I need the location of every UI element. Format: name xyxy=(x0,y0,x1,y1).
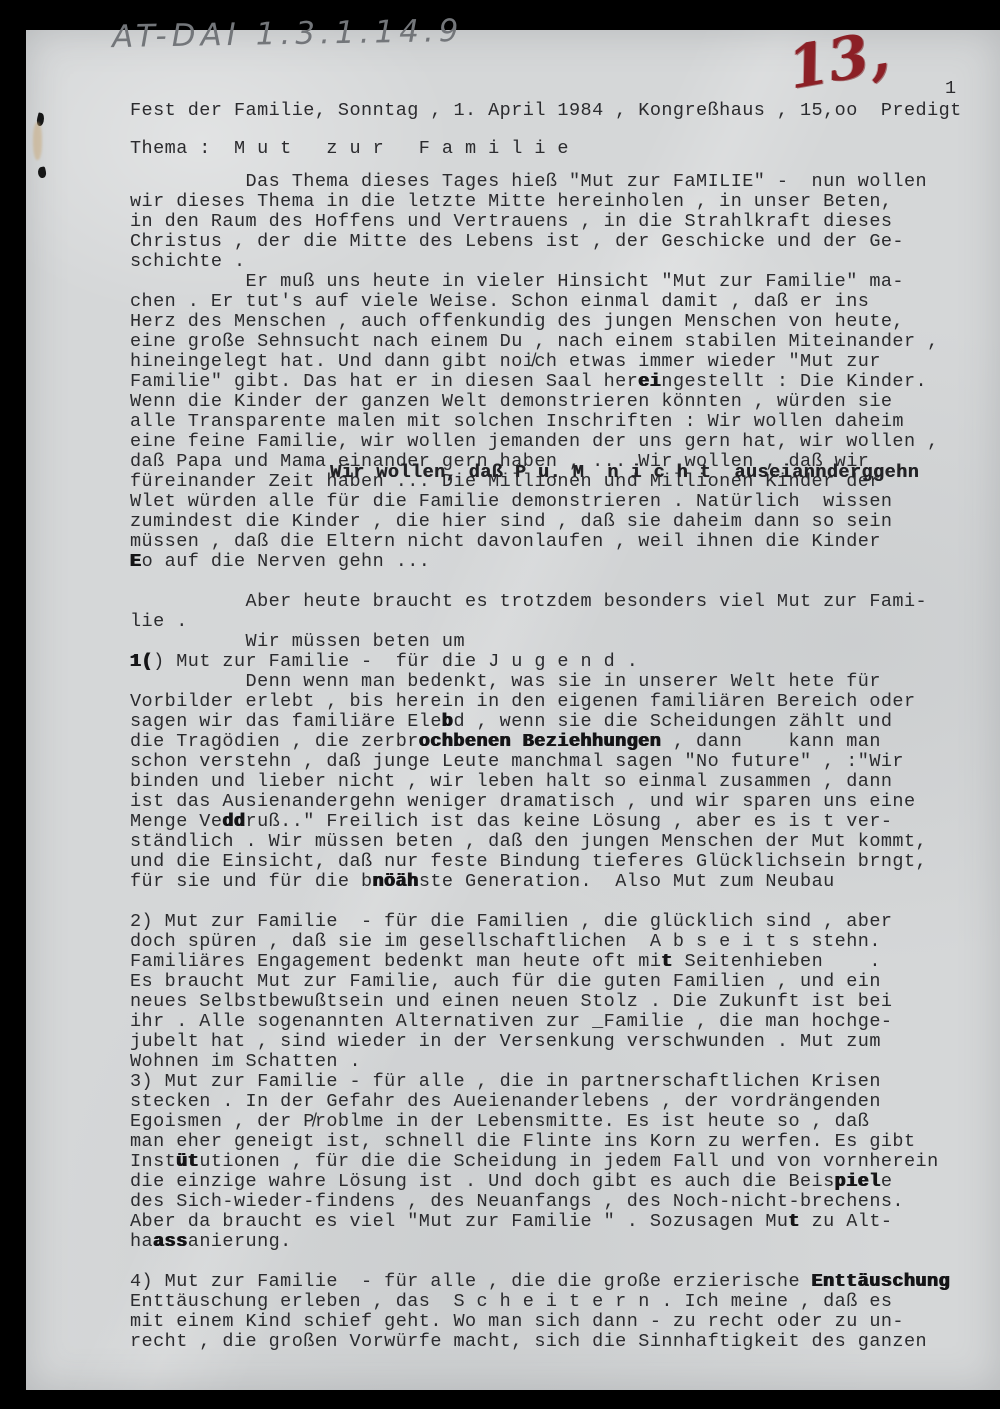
text-line: 3) Mut zur Familie - für alle , die in p… xyxy=(130,1072,990,1092)
typed-text: d , wenn sie die Scheidungen zählt und xyxy=(453,711,892,732)
text-line: lie . xyxy=(130,612,990,632)
text-line: Denn wenn man bedenkt, was sie in unsere… xyxy=(130,672,990,692)
text-line: Das Thema dieses Tages hieß "Mut zur FaM… xyxy=(130,172,990,192)
text-line: sagen wir das familiäre Elebd , wenn sie… xyxy=(130,712,990,732)
overstruck-text: ei xyxy=(638,371,661,392)
text-line: ihr . Alle sogenannten Alternativen zur … xyxy=(130,1012,990,1032)
text-line: Vorbilder erlebt , bis herein in den eig… xyxy=(130,692,990,712)
text-line: müssen , daß die Eltern nicht davonlaufe… xyxy=(130,532,990,552)
text-line: die Tragödien , die zerbrochbenen Bezieh… xyxy=(130,732,990,752)
overstruck-text: ass xyxy=(153,1231,188,1252)
text-line: man eher geneigt ist, schnell die Flinte… xyxy=(130,1132,990,1152)
text-line: des Sich-wieder-findens , des Neuanfangs… xyxy=(130,1192,990,1212)
text-line: doch spüren , daß sie im gesellschaftlic… xyxy=(130,932,990,952)
document-theme-line: Thema : M u t z u r F a m i l i e xyxy=(130,138,569,159)
overstruck-text: t xyxy=(661,951,673,972)
interlinear-insert: Wir wollen, daß P u. M n i c h t auseian… xyxy=(330,463,919,483)
text-line: Instütutionen , für die die Scheidung in… xyxy=(130,1152,990,1172)
text-line: neues Selbstbewußtsein und einen neuen S… xyxy=(130,992,990,1012)
typed-text: ) Mut zur Familie - für die J u g e n d … xyxy=(153,651,638,672)
typed-text: Aber da braucht es viel "Mut zur Familie… xyxy=(130,1211,788,1232)
text-line: Familie" gibt. Das hat er in diesen Saal… xyxy=(130,372,990,392)
text-line: Aber da braucht es viel "Mut zur Familie… xyxy=(130,1212,990,1232)
text-line: Aber heute braucht es trotzdem besonders… xyxy=(130,592,990,612)
document-title-line: Fest der Familie, Sonntag , 1. April 198… xyxy=(130,100,962,121)
text-line: Es braucht Mut zur Familie, auch für die… xyxy=(130,972,990,992)
text-line: ist das Ausienandergehn weniger dramatis… xyxy=(130,792,990,812)
text-line: Wlet würden alle für die Familie demonst… xyxy=(130,492,990,512)
scan-border-bottom xyxy=(0,1390,1000,1409)
text-line xyxy=(130,1252,990,1272)
handwritten-archive-code: AT-DAI 1.3.1.14.9 xyxy=(112,13,464,55)
document-body: Das Thema dieses Tages hieß "Mut zur FaM… xyxy=(130,172,990,1352)
text-line: die einzige wahre Lösung ist . Und doch … xyxy=(130,1172,990,1192)
text-line: jubelt hat , sind wieder in der Versenku… xyxy=(130,1032,990,1052)
typed-text: e xyxy=(881,1171,893,1192)
overstruck-text: b xyxy=(442,711,454,732)
typed-text: 4) Mut zur Familie - für alle , die die … xyxy=(130,1271,812,1292)
text-line xyxy=(130,572,990,592)
typed-text: Familiäres Engagement bedenkt man heute … xyxy=(130,951,661,972)
text-line: schon verstehn , daß junge Leute manchma… xyxy=(130,752,990,772)
overstruck-text: E xyxy=(130,551,142,572)
text-line: Wir müssen beten um xyxy=(130,632,990,652)
margin-smudge xyxy=(33,122,42,160)
typed-text: ha xyxy=(130,1231,153,1252)
text-line: füreinander Zeit haben ... Die Millionen… xyxy=(130,472,990,492)
typed-text: ngestellt : Die Kinder. xyxy=(661,371,927,392)
text-line: Eo auf die Nerven gehn ... xyxy=(130,552,990,572)
text-line: Egoismen , der P̸roblme in der Lebensmit… xyxy=(130,1112,990,1132)
typed-text: , dann kann man xyxy=(661,731,880,752)
overstruck-text: t xyxy=(788,1211,800,1232)
typed-text: utionen , für die die Scheidung in jedem… xyxy=(199,1151,938,1172)
text-line: Herz des Menschen , auch offenkundig des… xyxy=(130,312,990,332)
text-line: 2) Mut zur Familie - für die Familien , … xyxy=(130,912,990,932)
scan-border-left xyxy=(0,0,26,1409)
typed-text: Menge Ve xyxy=(130,811,222,832)
text-line: eine große Sehnsucht nach einem Du , nac… xyxy=(130,332,990,352)
overstruck-text: piel xyxy=(835,1171,881,1192)
typed-text: zu Alt- xyxy=(800,1211,892,1232)
overstruck-text: üt xyxy=(176,1151,199,1172)
text-line: schichte . xyxy=(130,252,990,272)
typed-text: ste Generation. Also Mut zum Neubau xyxy=(419,871,835,892)
text-line: haassanierung. xyxy=(130,1232,990,1252)
text-line: Menge Veddruß.." Freilich ist das keine … xyxy=(130,812,990,832)
text-line: Wenn die Kinder der ganzen Welt demonstr… xyxy=(130,392,990,412)
scanned-page: AT-DAI 1.3.1.14.9 13, 1 Fest der Familie… xyxy=(0,0,1000,1409)
typed-text: für sie und für die b xyxy=(130,871,373,892)
overstruck-text: nöäh xyxy=(373,871,419,892)
overstruck-text: 1( xyxy=(130,651,153,672)
overstruck-text: dd xyxy=(222,811,245,832)
text-line: binden und lieber nicht , wir leben halt… xyxy=(130,772,990,792)
text-line xyxy=(130,892,990,912)
overstruck-text: ochbenen Beziehhungen xyxy=(419,731,662,752)
typed-text: Familie" gibt. Das hat er in diesen Saal… xyxy=(130,371,638,392)
typed-text: Inst xyxy=(130,1151,176,1172)
text-line: chen . Er tut's auf viele Weise. Schon e… xyxy=(130,292,990,312)
text-line: 1() Mut zur Familie - für die J u g e n … xyxy=(130,652,990,672)
text-line: und die Einsicht, daß nur feste Bindung … xyxy=(130,852,990,872)
typed-text: ruß.." Freilich ist das keine Lösung , a… xyxy=(246,811,893,832)
typed-text: Seitenhieben . xyxy=(673,951,881,972)
text-line: zumindest die Kinder , die hier sind , d… xyxy=(130,512,990,532)
typed-text: die einzige wahre Lösung ist . Und doch … xyxy=(130,1171,835,1192)
text-line: recht , die großen Vorwürfe macht, sich … xyxy=(130,1332,990,1352)
text-line: Enttäuschung erleben , das S c h e i t e… xyxy=(130,1292,990,1312)
overstruck-text: Enttäuschung xyxy=(812,1271,951,1292)
text-line: Christus , der die Mitte des Lebens ist … xyxy=(130,232,990,252)
text-line: wir dieses Thema in die letzte Mitte her… xyxy=(130,192,990,212)
typed-text: o auf die Nerven gehn ... xyxy=(142,551,431,572)
text-line: stecken . In der Gefahr des Aueienanderl… xyxy=(130,1092,990,1112)
text-line: mit einem Kind schief geht. Wo man sich … xyxy=(130,1312,990,1332)
text-line: Familiäres Engagement bedenkt man heute … xyxy=(130,952,990,972)
text-line: in den Raum des Hoffens und Vertrauens ,… xyxy=(130,212,990,232)
typed-text: sagen wir das familiäre Ele xyxy=(130,711,442,732)
text-line: alle Transparente malen mit solchen Insc… xyxy=(130,412,990,432)
text-line: ständlich . Wir müssen beten , daß den j… xyxy=(130,832,990,852)
text-line: eine feine Familie, wir wollen jemanden … xyxy=(130,432,990,452)
text-line: Wohnen im Schatten . xyxy=(130,1052,990,1072)
typed-text: die Tragödien , die zerbr xyxy=(130,731,419,752)
text-line: Er muß uns heute in vieler Hinsicht "Mut… xyxy=(130,272,990,292)
page-number: 1 xyxy=(945,78,957,99)
text-line: für sie und für die bnöähste Generation.… xyxy=(130,872,990,892)
text-line: hineingelegt hat. Und dann gibt noi̸ch e… xyxy=(130,352,990,372)
text-line: 4) Mut zur Familie - für alle , die die … xyxy=(130,1272,990,1292)
typed-text: anierung. xyxy=(188,1231,292,1252)
